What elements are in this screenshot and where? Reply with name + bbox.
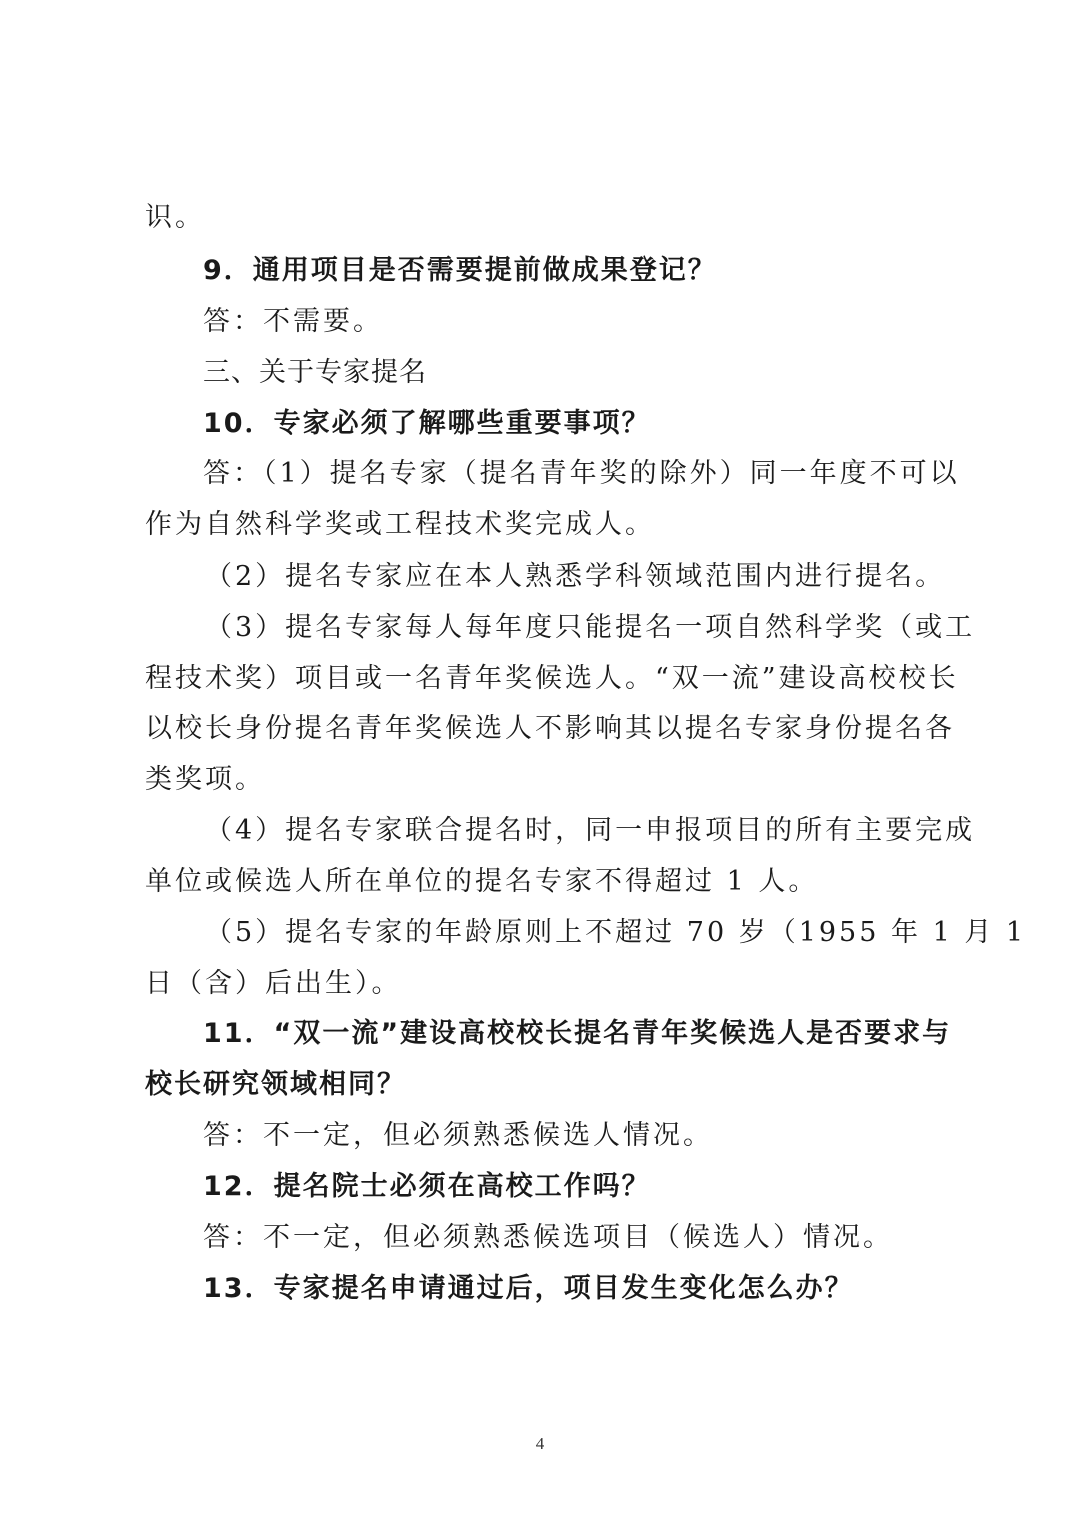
answer-10-item-3-line-3: 以校长身份提名青年奖候选人不影响其以提名专家身份提名各 bbox=[145, 711, 945, 747]
answer-10-item-3-line-1: （3）提名专家每人每年度只能提名一项自然科学奖（或工 bbox=[205, 610, 945, 646]
answer-10-item-5-line-1: （5）提名专家的年龄原则上不超过 70 岁（1955 年 1 月 1 bbox=[205, 915, 945, 951]
question-12: 12．提名院士必须在高校工作吗？ bbox=[203, 1169, 945, 1205]
page-number: 4 bbox=[0, 1434, 1080, 1454]
answer-10-item-3-line-2: 程技术奖）项目或一名青年奖候选人。“双一流”建设高校校长 bbox=[145, 661, 945, 697]
section-heading-3: 三、关于专家提名 bbox=[203, 355, 945, 391]
question-13: 13．专家提名申请通过后，项目发生变化怎么办？ bbox=[203, 1271, 945, 1307]
document-page: 识。 9．通用项目是否需要提前做成果登记？ 答：不需要。 三、关于专家提名 10… bbox=[0, 0, 1080, 1528]
answer-9: 答：不需要。 bbox=[203, 304, 945, 340]
answer-12: 答：不一定，但必须熟悉候选项目（候选人）情况。 bbox=[203, 1220, 945, 1256]
answer-10-item-4-line-1: （4）提名专家联合提名时，同一申报项目的所有主要完成 bbox=[205, 813, 945, 849]
answer-10-item-4-line-2: 单位或候选人所在单位的提名专家不得超过 1 人。 bbox=[145, 864, 945, 900]
answer-10-item-2: （2）提名专家应在本人熟悉学科领域范围内进行提名。 bbox=[205, 559, 945, 595]
question-9: 9．通用项目是否需要提前做成果登记？ bbox=[203, 253, 945, 289]
question-10: 10．专家必须了解哪些重要事项？ bbox=[203, 406, 945, 442]
answer-10-item-5-line-2: 日（含）后出生）。 bbox=[145, 966, 945, 1002]
question-11-line-2: 校长研究领域相同？ bbox=[145, 1067, 945, 1103]
answer-11: 答：不一定，但必须熟悉候选人情况。 bbox=[203, 1118, 945, 1154]
answer-10-item-3-line-4: 类奖项。 bbox=[145, 762, 945, 798]
answer-10-item-1-line-2: 作为自然科学奖或工程技术奖完成人。 bbox=[145, 507, 945, 543]
question-11-line-1: 11．“双一流”建设高校校长提名青年奖候选人是否要求与 bbox=[203, 1016, 945, 1052]
answer-10-item-1-line-1: 答：（1）提名专家（提名青年奖的除外）同一年度不可以 bbox=[203, 456, 945, 492]
continuation-text: 识。 bbox=[145, 200, 945, 236]
